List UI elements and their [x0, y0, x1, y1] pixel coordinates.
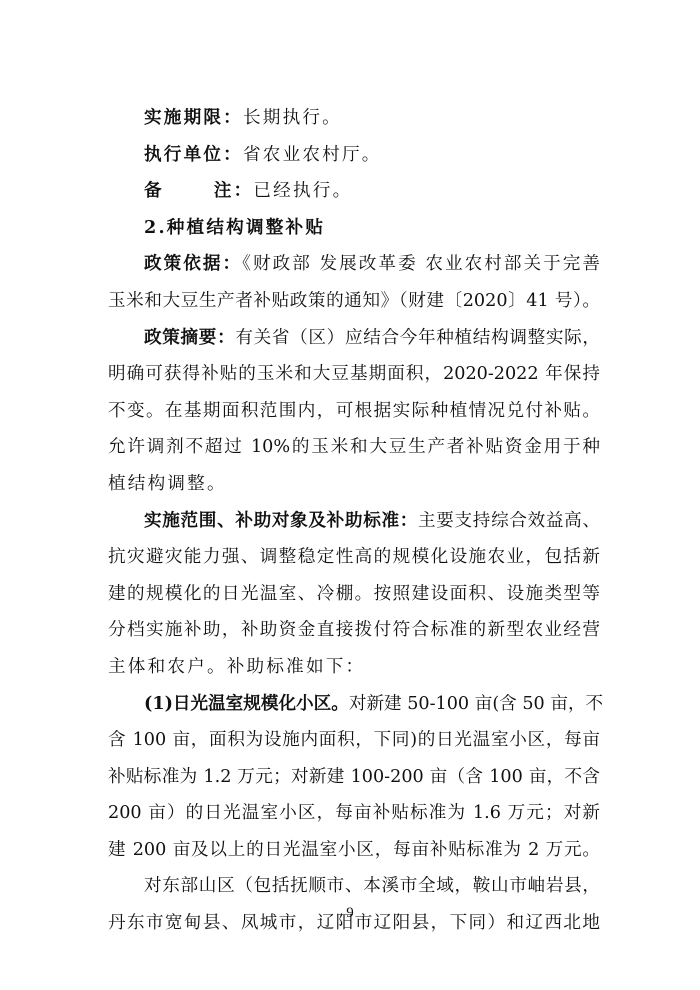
- field-unit: 执行单位：省农业农村厅。: [108, 137, 600, 174]
- field-label: 实施期限：: [144, 107, 243, 128]
- basis-label: 政策依据：: [144, 253, 242, 274]
- scope-line: 主体和农户。补助标准如下：: [108, 649, 600, 686]
- field-value: 已经执行。: [253, 181, 352, 201]
- basis-line: 政策依据：《财政部 发展改革委 农业农村部关于完善: [108, 246, 600, 283]
- basis-line: 玉米和大豆生产者补贴政策的通知》（财建〔2020〕41 号）。: [108, 283, 600, 320]
- section-title: 2.种植结构调整补贴: [108, 210, 600, 247]
- summary-line: 植结构调整。: [108, 466, 600, 503]
- item1-line: 含 100 亩，面积为设施内面积，下同)的日光温室小区，每亩: [108, 722, 600, 759]
- summary-line: 明确可获得补贴的玉米和大豆基期面积，2020-2022 年保持: [108, 356, 600, 393]
- item1-label: (1)日光温室规模化小区。: [144, 693, 349, 714]
- field-label: 执行单位：: [144, 144, 243, 165]
- scope-label: 实施范围、补助对象及补助标准：: [144, 510, 418, 531]
- east-line: 对东部山区（包括抚顺市、本溪市全域，鞍山市岫岩县，: [108, 868, 600, 905]
- item1-line: (1)日光温室规模化小区。对新建 50-100 亩(含 50 亩，不: [108, 686, 600, 723]
- summary-label: 政策摘要：: [144, 327, 235, 348]
- summary-line: 政策摘要：有关省（区）应结合今年种植结构调整实际，: [108, 320, 600, 357]
- summary-line: 不变。在基期面积范围内，可根据实际种植情况兑付补贴。: [108, 393, 600, 430]
- item1-line: 补贴标准为 1.2 万元；对新建 100-200 亩（含 100 亩，不含: [108, 759, 600, 796]
- page-number: 9: [0, 905, 700, 922]
- field-remark: 备注：已经执行。: [108, 173, 600, 210]
- field-value: 长期执行。: [243, 108, 342, 128]
- field-value: 省农业农村厅。: [243, 145, 382, 165]
- field-label: 备: [144, 180, 164, 201]
- item1-line: 200 亩）的日光温室小区，每亩补贴标准为 1.6 万元；对新: [108, 795, 600, 832]
- field-label: 注：: [214, 180, 254, 201]
- document-page: 实施期限：长期执行。 执行单位：省农业农村厅。 备注：已经执行。 2.种植结构调…: [108, 100, 600, 942]
- scope-line: 抗灾避灾能力强、调整稳定性高的规模化设施农业，包括新: [108, 539, 600, 576]
- scope-line: 实施范围、补助对象及补助标准：主要支持综合效益高、: [108, 503, 600, 540]
- field-period: 实施期限：长期执行。: [108, 100, 600, 137]
- item1-line: 建 200 亩及以上的日光温室小区，每亩补贴标准为 2 万元。: [108, 832, 600, 869]
- scope-line: 建的规模化的日光温室、冷棚。按照建设面积、设施类型等: [108, 576, 600, 613]
- summary-line: 允许调剂不超过 10%的玉米和大豆生产者补贴资金用于种: [108, 429, 600, 466]
- scope-line: 分档实施补助，补助资金直接拨付符合标准的新型农业经营: [108, 612, 600, 649]
